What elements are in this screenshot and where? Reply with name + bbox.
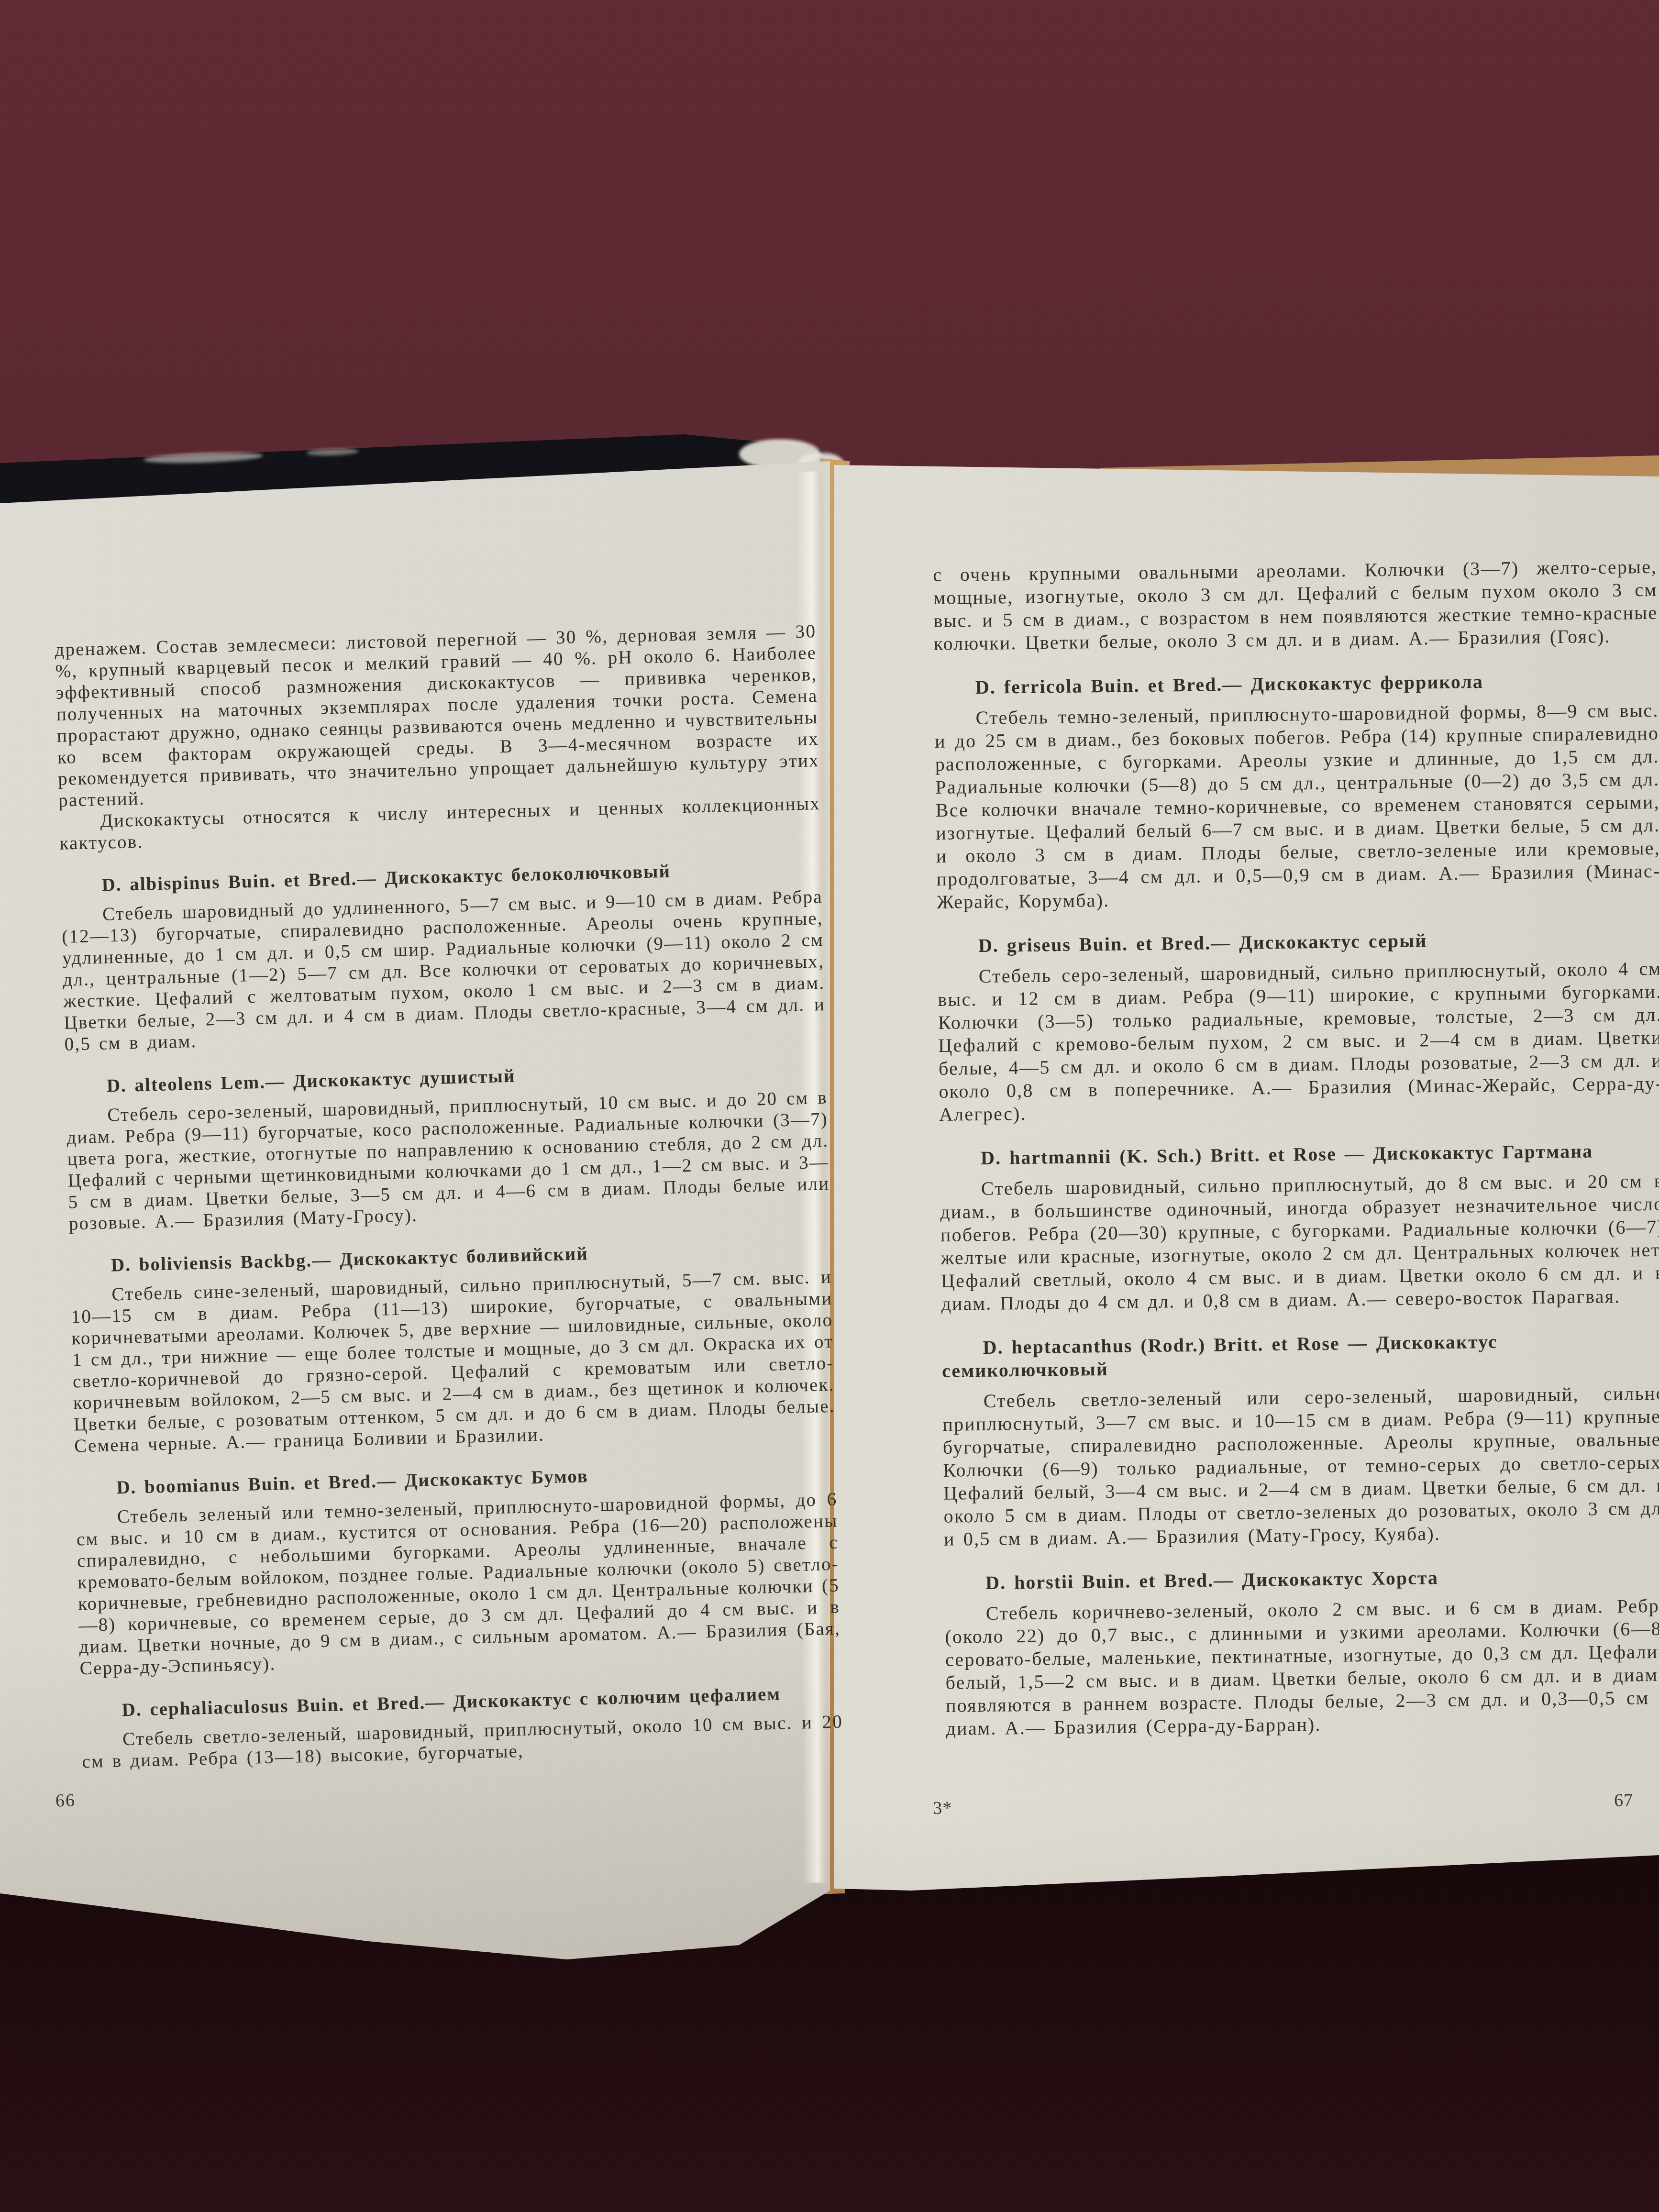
page-number-left: 66 [55,1790,76,1811]
species-description: Стебель шаровидный до удлиненного, 5—7 с… [61,886,826,1055]
paragraph: с очень крупными овальными ареолами. Кол… [933,555,1658,655]
species-description: Стебель серо-зеленый, шаровидный, сильно… [938,957,1659,1126]
species-description: Стебель темно-зеленый, приплюснуто-шаров… [934,699,1659,914]
signature-mark: 3* [933,1798,952,1819]
species-heading: D. heptacanthus (Rodr.) Britt. et Rose —… [941,1328,1659,1382]
page-number-right: 67 [1614,1790,1633,1811]
paragraph: дренажем. Состав землесмеси: листовой пе… [55,620,820,811]
species-heading: D. hartmannii (K. Sch.) Britt. et Rose —… [940,1139,1659,1170]
species-heading: D. horstii Buin. et Bred.— Дискокактус Х… [944,1564,1659,1595]
species-description: Стебель сине-зеленый, шаровидный, сильно… [70,1266,836,1457]
right-page-text: с очень крупными овальными ареолами. Кол… [933,555,1659,1740]
species-description: Стебель коричнево-зеленый, около 2 см вы… [945,1594,1659,1740]
species-description: Стебель серо-зеленый, шаровидный, приплю… [66,1087,830,1235]
species-description: Стебель зеленый или темно-зеленый, припл… [76,1489,841,1680]
species-heading: D. ferricola Buin. et Bred.— Дискокактус… [934,668,1659,699]
species-description: Стебель шаровидный, сильно приплюснутый,… [940,1170,1659,1316]
book-photo: дренажем. Состав землесмеси: листовой пе… [0,0,1659,2212]
species-heading: D. griseus Buin. et Bred.— Дискокактус с… [937,927,1659,958]
left-page-text: дренажем. Состав землесмеси: листовой пе… [55,620,843,1772]
species-description: Стебель светло-зеленый или серо-зеленый,… [942,1382,1659,1551]
